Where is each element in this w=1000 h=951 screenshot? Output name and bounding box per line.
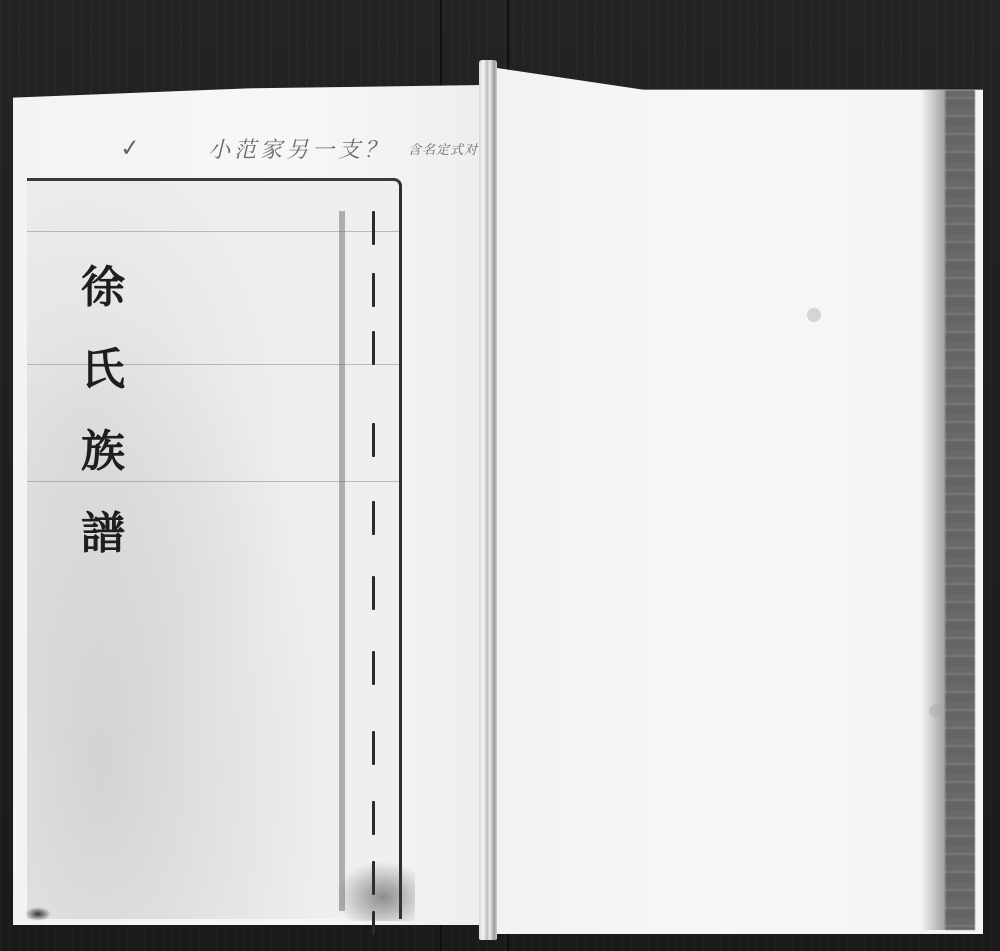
annotation-side-note: 含名定式对 — [408, 139, 478, 158]
stitch-column — [372, 211, 378, 911]
book-spine — [479, 60, 497, 940]
stitch-mark — [372, 331, 375, 365]
annotation-main-note: 小范家另一支？ — [208, 133, 390, 164]
stitch-mark — [372, 211, 375, 245]
cover-title: 徐 氏 族 譜 — [73, 266, 133, 556]
binding-strip — [339, 211, 393, 911]
binding-thread — [335, 861, 415, 921]
title-char: 譜 — [81, 512, 125, 556]
corner-smudge — [25, 907, 51, 921]
stitch-mark — [372, 801, 375, 835]
title-char: 族 — [81, 430, 125, 474]
stitch-mark — [372, 731, 375, 765]
right-page — [497, 68, 983, 934]
handwritten-annotation: ✓ 小范家另一支？ 含名定式对 — [120, 128, 490, 168]
stitch-mark — [372, 273, 375, 307]
stitch-mark — [372, 501, 375, 535]
stitch-mark — [372, 651, 375, 685]
stitch-mark — [372, 423, 375, 457]
stitch-mark — [372, 576, 375, 610]
page-stain — [807, 308, 821, 322]
book-cover: 徐 氏 族 譜 — [27, 178, 402, 919]
check-mark-icon: ✓ — [119, 133, 141, 162]
page-stack-edge — [945, 90, 975, 930]
page-edge-fade — [921, 90, 945, 930]
page-stain — [929, 704, 943, 718]
title-char: 氏 — [81, 348, 125, 392]
title-char: 徐 — [81, 266, 125, 310]
